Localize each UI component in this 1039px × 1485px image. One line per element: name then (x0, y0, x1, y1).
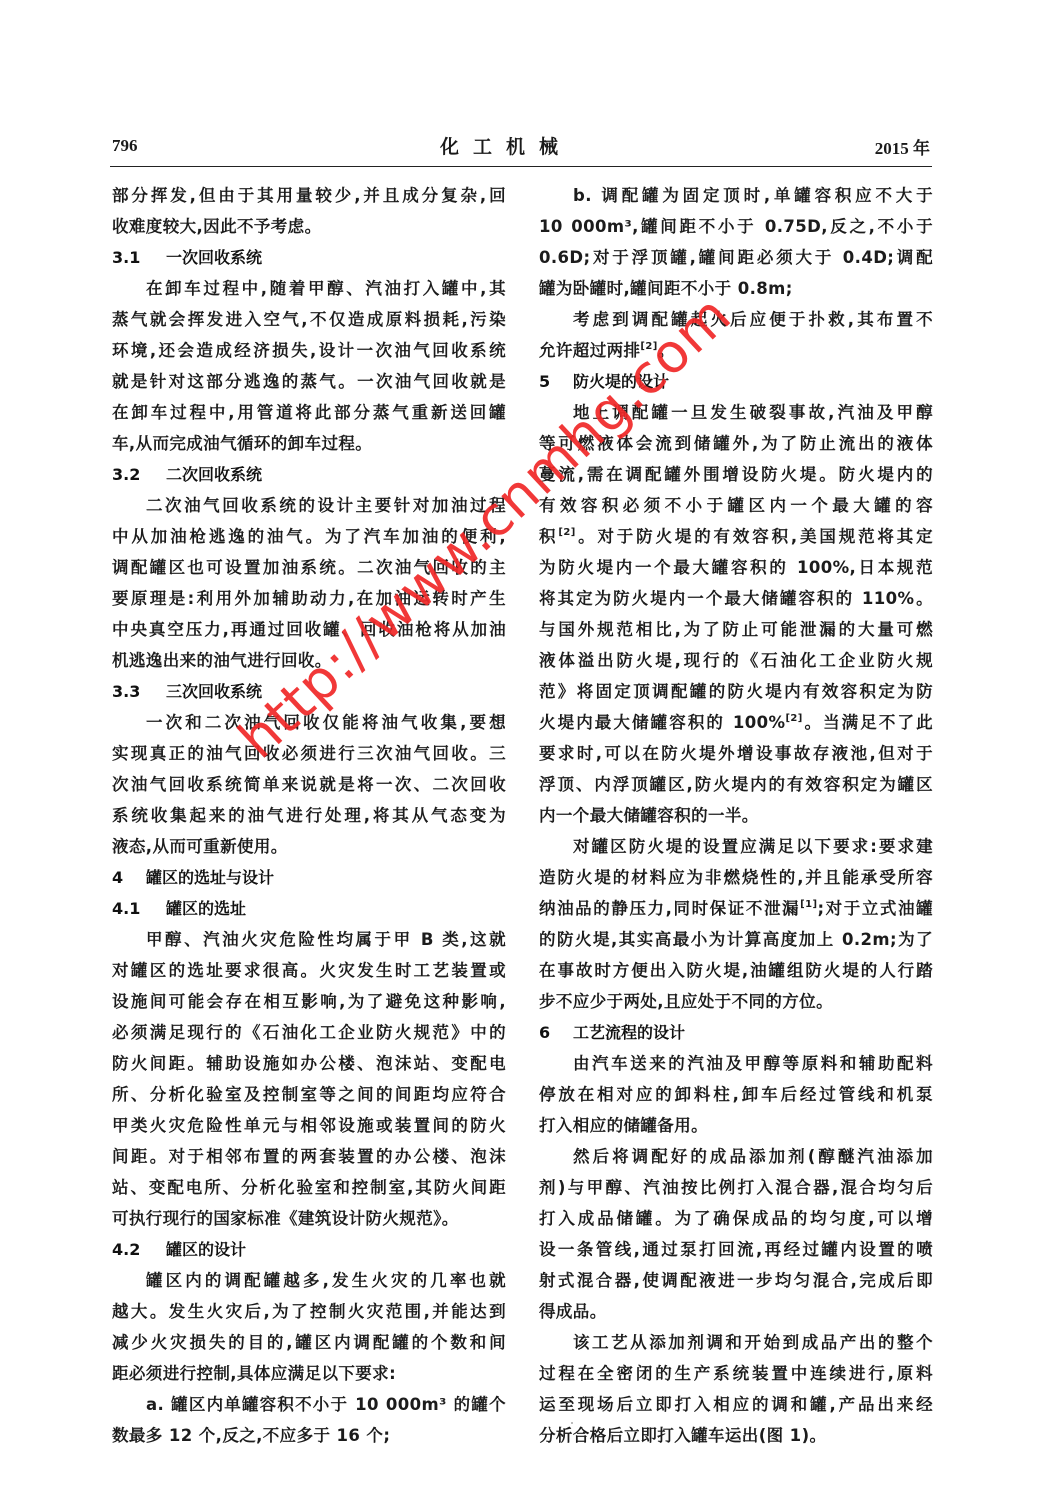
running-header: 796 化工机械 2015 年 (112, 132, 930, 164)
text-line: 过程在全密闭的生产系统装置中连续进行,原料 (539, 1358, 933, 1389)
text-line: 积[2]。对于防火堤的有效容积,美国规范将其定 (539, 521, 933, 552)
right-column: b. 调配罐为固定顶时,单罐容积应不大于10 000m³,罐间距不小于 0.75… (539, 180, 933, 1451)
section-title: 罐区的选址与设计 (146, 868, 274, 887)
text-line: 打入相应的储罐备用。 (539, 1110, 933, 1141)
text-line: 越大。发生火灾后,为了控制火灾范围,并能达到 (112, 1296, 506, 1327)
section-title: 罐区的选址 (166, 899, 246, 918)
journal-title: 化工机械 (440, 132, 572, 159)
text-line: 减少火灾损失的目的,罐区内调配罐的个数和间 (112, 1327, 506, 1358)
section-title: 一次回收系统 (166, 248, 262, 267)
text-line: 由汽车送来的汽油及甲醇等原料和辅助配料 (539, 1048, 933, 1079)
text-line: 实现真正的油气回收必须进行三次油气回收。三 (112, 738, 506, 769)
text-line: 对罐区防火堤的设置应满足以下要求:要求建 (539, 831, 933, 862)
left-column: 部分挥发,但由于其用量较少,并且成分复杂,回收难度较大,因此不予考虑。3.1一次… (112, 180, 506, 1451)
text-line: 0.6D;对于浮顶罐,罐间距必须大于 0.4D;调配 (539, 242, 933, 273)
text-line: 停放在相对应的卸料柱,卸车后经过管线和机泵 (539, 1079, 933, 1110)
text-line: 液态,从而可重新使用。 (112, 831, 506, 862)
section-heading: 4.1罐区的选址 (112, 893, 506, 924)
text-line: 系统收集起来的油气进行处理,将其从气态变为 (112, 800, 506, 831)
text-line: 射式混合器,使调配液进一步均匀混合,完成后即 (539, 1265, 933, 1296)
text-line: 然后将调配好的成品添加剂(醇醚汽油添加 (539, 1141, 933, 1172)
text-line: 要求时,可以在防火堤外增设事故存液池,但对于 (539, 738, 933, 769)
text-line: 纳油品的静压力,同时保证不泄漏[1];对于立式油罐 (539, 893, 933, 924)
scan-speck (571, 1422, 573, 1424)
text-line: 设一条管线,通过泵打回流,再经过罐内设置的喷 (539, 1234, 933, 1265)
text-line: 在卸车过程中,随着甲醇、汽油打入罐中,其 (112, 273, 506, 304)
text-line: 甲类火灾危险性单元与相邻设施或装置间的防火 (112, 1110, 506, 1141)
text-line: b. 调配罐为固定顶时,单罐容积应不大于 (539, 180, 933, 211)
publication-year: 2015 年 (875, 134, 930, 159)
text-line: 分析合格后立即打入罐车运出(图 1)。 (539, 1420, 933, 1451)
text-line: 收难度较大,因此不予考虑。 (112, 211, 506, 242)
section-title: 工艺流程的设计 (573, 1023, 685, 1042)
text-line: 就是针对这部分逃逸的蒸气。一次油气回收就是 (112, 366, 506, 397)
section-heading: 3.1一次回收系统 (112, 242, 506, 273)
text-line: 罐区内的调配罐越多,发生火灾的几率也就 (112, 1265, 506, 1296)
text-line: 剂)与甲醇、汽油按比例打入混合器,混合均匀后 (539, 1172, 933, 1203)
section-number: 4.2 (112, 1234, 166, 1265)
text-line: 将其定为防火堤内一个最大储罐容积的 110%。 (539, 583, 933, 614)
section-title: 二次回收系统 (166, 465, 262, 484)
text-line: 防火间距。辅助设施如办公楼、泡沫站、变配电 (112, 1048, 506, 1079)
section-heading: 3.2二次回收系统 (112, 459, 506, 490)
text-line: 与国外规范相比,为了防止可能泄漏的大量可燃 (539, 614, 933, 645)
text-line: 蒸气就会挥发进入空气,不仅造成原料损耗,污染 (112, 304, 506, 335)
text-line: 有效容积必须不小于罐区内一个最大罐的容 (539, 490, 933, 521)
text-line: 可执行现行的国家标准《建筑设计防火规范》。 (112, 1203, 506, 1234)
text-line: 得成品。 (539, 1296, 933, 1327)
text-line: 对罐区的选址要求很高。火灾发生时工艺装置或 (112, 955, 506, 986)
text-line: 设施间可能会存在相互影响,为了避免这种影响, (112, 986, 506, 1017)
text-line: 内一个最大储罐容积的一半。 (539, 800, 933, 831)
text-line: 环境,还会造成经济损失,设计一次油气回收系统 (112, 335, 506, 366)
text-line: 次油气回收系统简单来说就是将一次、二次回收 (112, 769, 506, 800)
text-line: 在卸车过程中,用管道将此部分蒸气重新送回罐 (112, 397, 506, 428)
text-line: 数最多 12 个,反之,不应多于 16 个; (112, 1420, 506, 1451)
text-line: 火堤内最大储罐容积的 100%[2]。当满足不了此 (539, 707, 933, 738)
text-line: 浮顶、内浮顶罐区,防火堤内的有效容积定为罐区 (539, 769, 933, 800)
text-line: 罐为卧罐时,罐间距不小于 0.8m; (539, 273, 933, 304)
text-line: 的防火堤,其实高最小为计算高度加上 0.2m;为了 (539, 924, 933, 955)
header-rule (110, 166, 932, 167)
text-line: 站、变配电所、分析化验室和控制室,其防火间距 (112, 1172, 506, 1203)
text-line: 10 000m³,罐间距不小于 0.75D,反之,不小于 (539, 211, 933, 242)
text-line: 允许超过两排[2]。 (539, 335, 933, 366)
text-line: 液体溢出防火堤,现行的《石油化工企业防火规 (539, 645, 933, 676)
text-line: 部分挥发,但由于其用量较少,并且成分复杂,回 (112, 180, 506, 211)
citation-marker: [2] (785, 713, 802, 724)
text-line: 中央真空压力,再通过回收罐、回收油枪将从加油 (112, 614, 506, 645)
section-number: 3.1 (112, 242, 166, 273)
citation-marker: [1] (800, 899, 817, 910)
section-number: 3.3 (112, 676, 166, 707)
section-heading: 6工艺流程的设计 (539, 1017, 933, 1048)
section-title: 罐区的设计 (166, 1240, 246, 1259)
page-number: 796 (112, 136, 138, 156)
text-line: 二次油气回收系统的设计主要针对加油过程 (112, 490, 506, 521)
text-line: 运至现场后立即打入相应的调和罐,产品出来经 (539, 1389, 933, 1420)
section-number: 4 (112, 862, 146, 893)
text-line: 该工艺从添加剂调和开始到成品产出的整个 (539, 1327, 933, 1358)
text-line: 打入成品储罐。为了确保成品的均匀度,可以增 (539, 1203, 933, 1234)
section-number: 6 (539, 1017, 573, 1048)
section-number: 4.1 (112, 893, 166, 924)
text-line: 在事故时方便出入防火堤,油罐组防火堤的人行踏 (539, 955, 933, 986)
text-line: 造防火堤的材料应为非燃烧性的,并且能承受所容 (539, 862, 933, 893)
text-line: 所、分析化验室及控制室等之间的间距均应符合 (112, 1079, 506, 1110)
text-line: a. 罐区内单罐容积不小于 10 000m³ 的罐个 (112, 1389, 506, 1420)
section-number: 5 (539, 366, 573, 397)
citation-marker: [2] (558, 527, 575, 538)
text-line: 间距。对于相邻布置的两套装置的办公楼、泡沫 (112, 1141, 506, 1172)
text-line: 必须满足现行的《石油化工企业防火规范》中的 (112, 1017, 506, 1048)
text-line: 范》将固定顶调配罐的防火堤内有效容积定为防 (539, 676, 933, 707)
text-line: 车,从而完成油气循环的卸车过程。 (112, 428, 506, 459)
section-heading: 4.2罐区的设计 (112, 1234, 506, 1265)
text-line: 步不应少于两处,且应处于不同的方位。 (539, 986, 933, 1017)
section-title: 三次回收系统 (166, 682, 262, 701)
section-heading: 4罐区的选址与设计 (112, 862, 506, 893)
text-line: 距必须进行控制,具体应满足以下要求: (112, 1358, 506, 1389)
text-line: 甲醇、汽油火灾危险性均属于甲 B 类,这就 (112, 924, 506, 955)
text-line: 为防火堤内一个最大罐容积的 100%,日本规范 (539, 552, 933, 583)
section-number: 3.2 (112, 459, 166, 490)
